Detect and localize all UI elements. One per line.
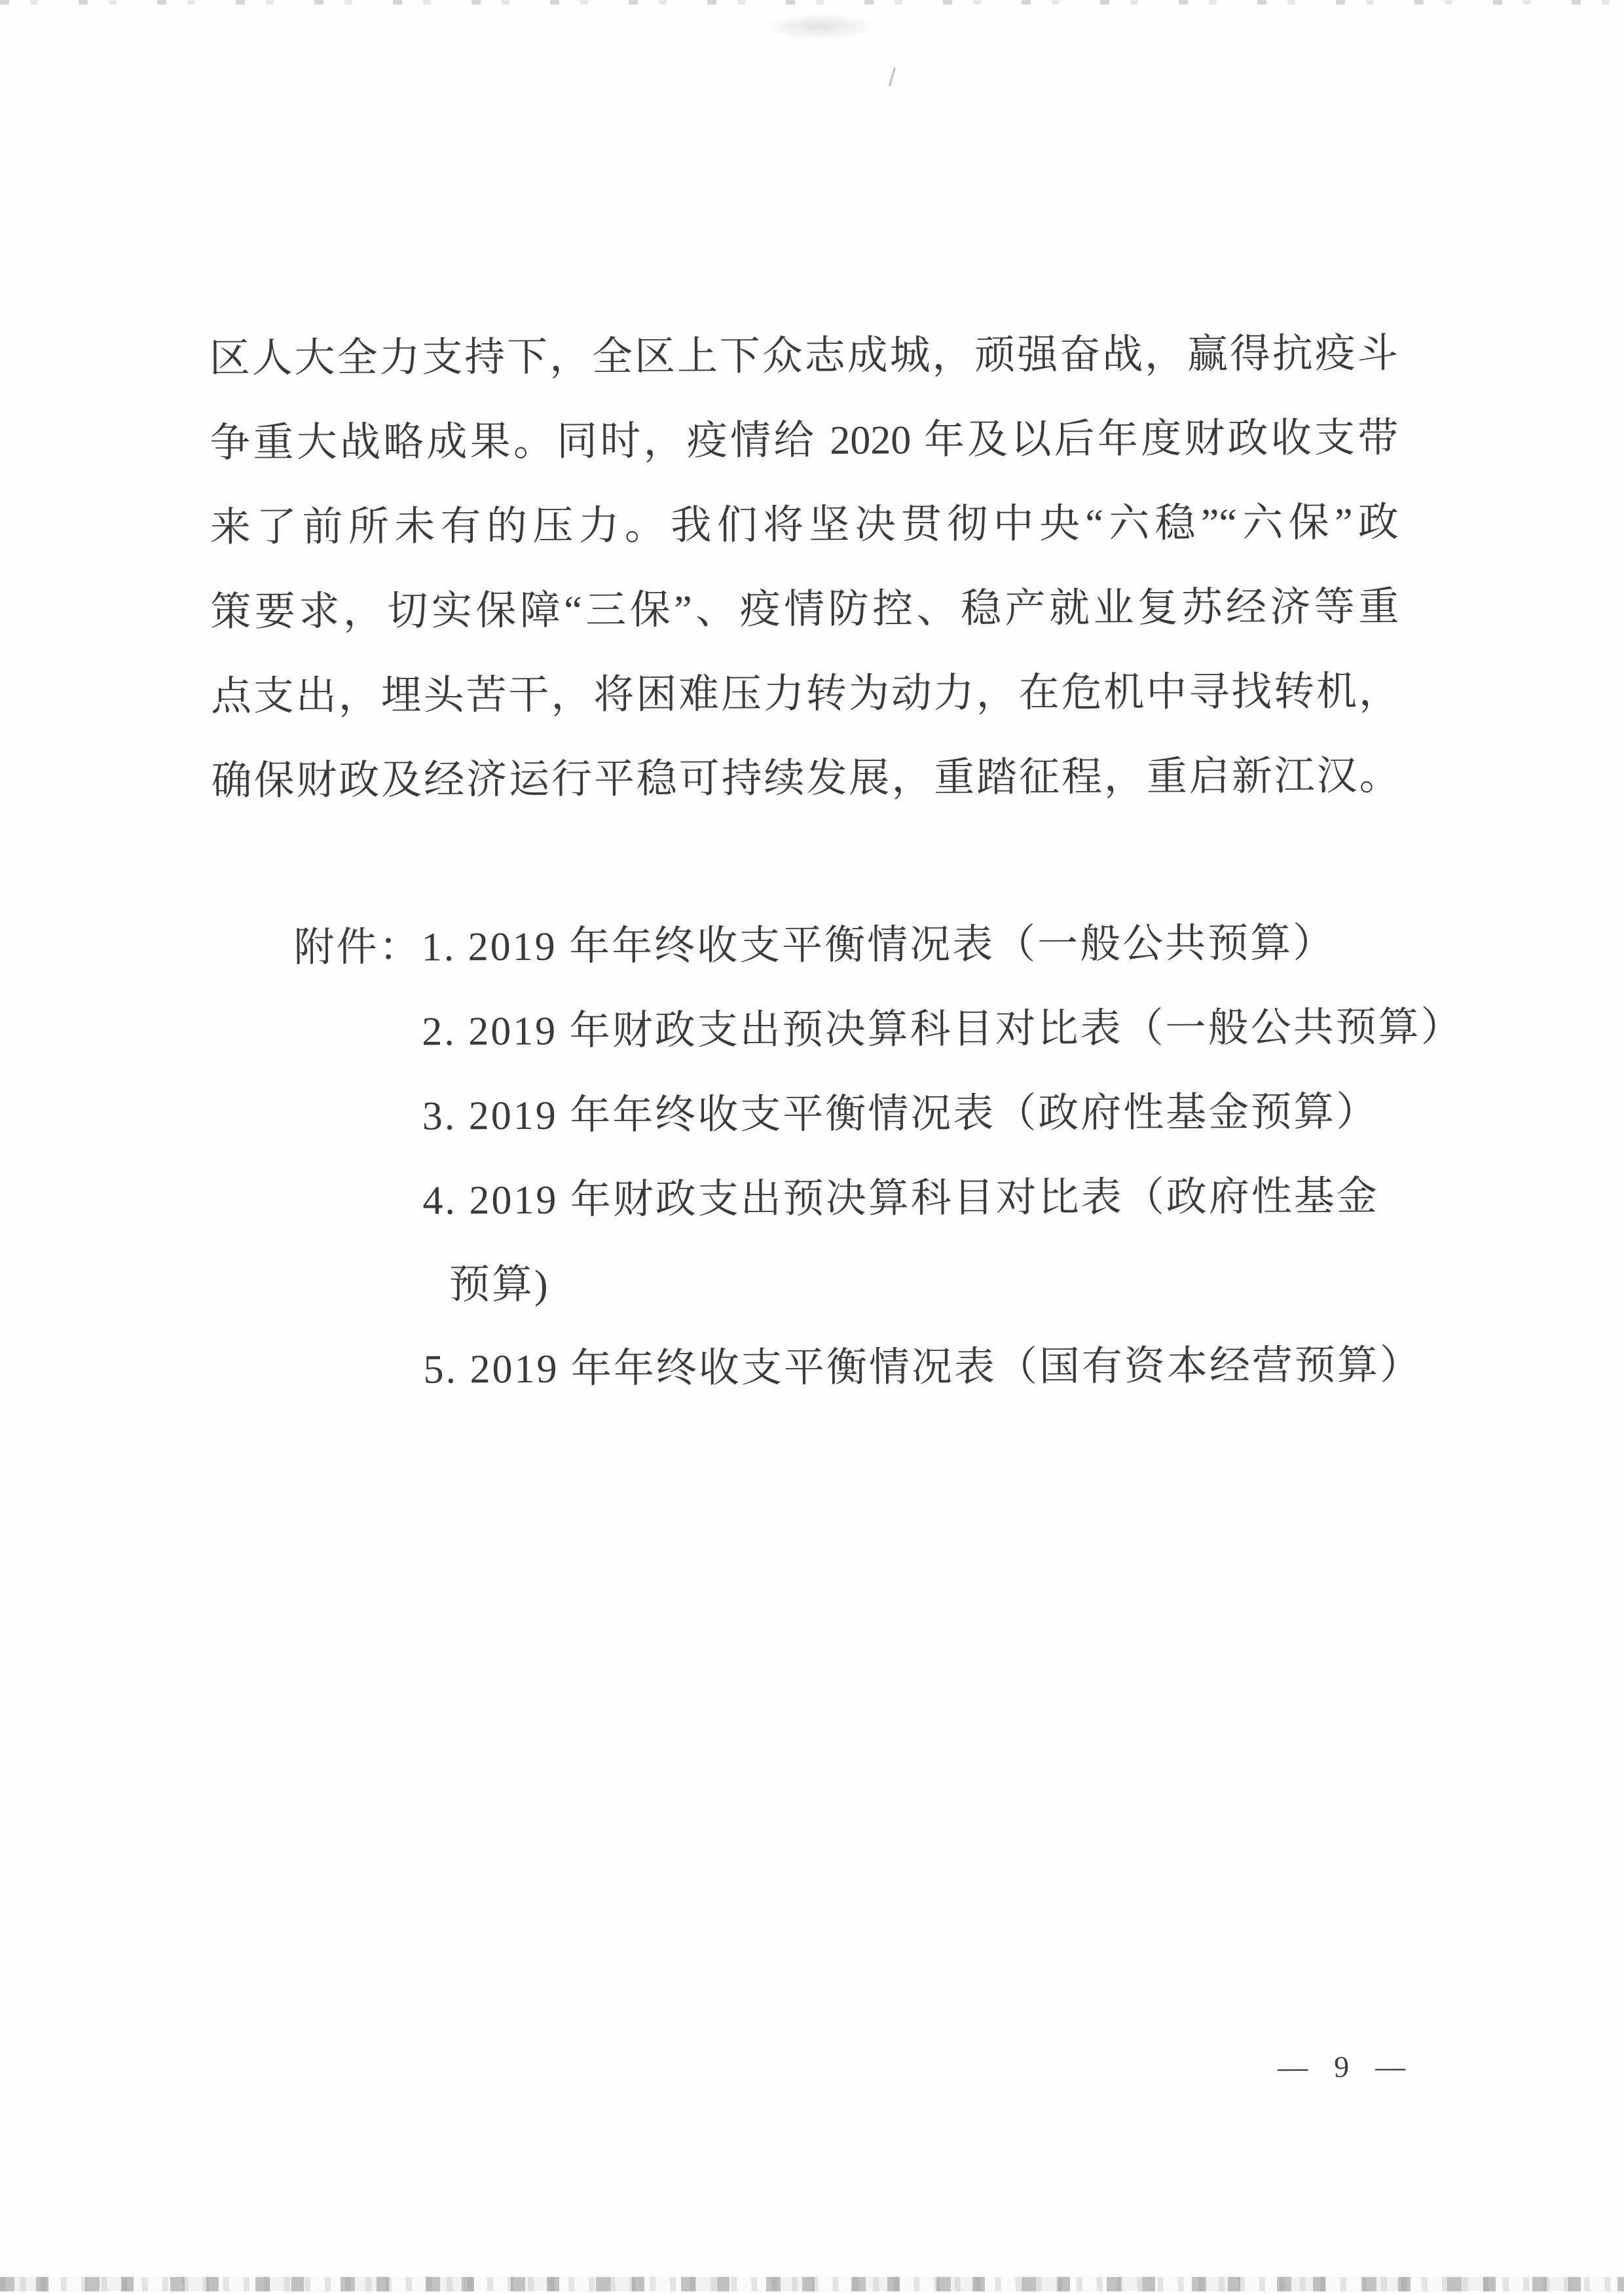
- scan-artifact-bottom-edge: [0, 2277, 1624, 2291]
- page-footer: — 9 —: [1278, 2047, 1405, 2087]
- attachment-item-5: 5. 2019 年年终收支平衡情况表（国有资本经营预算）: [423, 1323, 1422, 1413]
- scanned-content: 区人大全力支持下，全区上下众志成城，顽强奋战，赢得抗疫斗 争重大战略成果。同时，…: [0, 0, 1624, 2294]
- body-text-line-4: 策要求，切实保障“三保”、疫情防控、稳产就业复苏经济等重: [210, 565, 1399, 655]
- body-paragraph: 区人大全力支持下，全区上下众志成城，顽强奋战，赢得抗疫斗 争重大战略成果。同时，…: [209, 312, 1399, 824]
- document-page: 区人大全力支持下，全区上下众志成城，顽强奋战，赢得抗疫斗 争重大战略成果。同时，…: [0, 0, 1624, 2294]
- scan-artifact-smudge: [764, 13, 876, 41]
- attachment-item-1: 1. 2019 年年终收支平衡情况表（一般公共预算）: [422, 921, 1336, 970]
- body-text-line-6: 确保财政及经济运行平稳可持续发展，重踏征程，重启新江汉。: [211, 734, 1400, 824]
- body-text-line-3: 来了前所未有的压力。我们将坚决贯彻中央“六稳”“六保”政: [210, 481, 1399, 570]
- footer-dash-left: —: [1278, 2048, 1308, 2087]
- attachment-item-2: 2. 2019 年财政支出预决算科目对比表（一般公共预算）: [422, 986, 1464, 1075]
- attachment-item-4: 4. 2019 年财政支出预决算科目对比表（政府性基金: [422, 1155, 1379, 1243]
- page-number: 9: [1334, 2047, 1349, 2086]
- attachment-item-3: 3. 2019 年年终收支平衡情况表（政府性基金预算）: [422, 1070, 1379, 1158]
- footer-dash-right: —: [1375, 2047, 1405, 2086]
- body-text-line-1: 区人大全力支持下，全区上下众志成城，顽强奋战，赢得抗疫斗: [209, 312, 1398, 401]
- body-text-line-5: 点支出，埋头苦干，将困难压力转为动力，在危机中寻找转机，: [211, 650, 1400, 739]
- attachment-item-4-continuation: 预算): [449, 1243, 550, 1328]
- attachments-first-line: 附件：1. 2019 年年终收支平衡情况表（一般公共预算）: [293, 902, 1335, 991]
- scan-artifact-top-edge: [0, 0, 1624, 5]
- attachments-label: 附件：: [294, 925, 422, 971]
- body-text-line-2: 争重大战略成果。同时，疫情给 2020 年及以后年度财政收支带: [210, 396, 1399, 486]
- scan-artifact-slash: [889, 67, 896, 87]
